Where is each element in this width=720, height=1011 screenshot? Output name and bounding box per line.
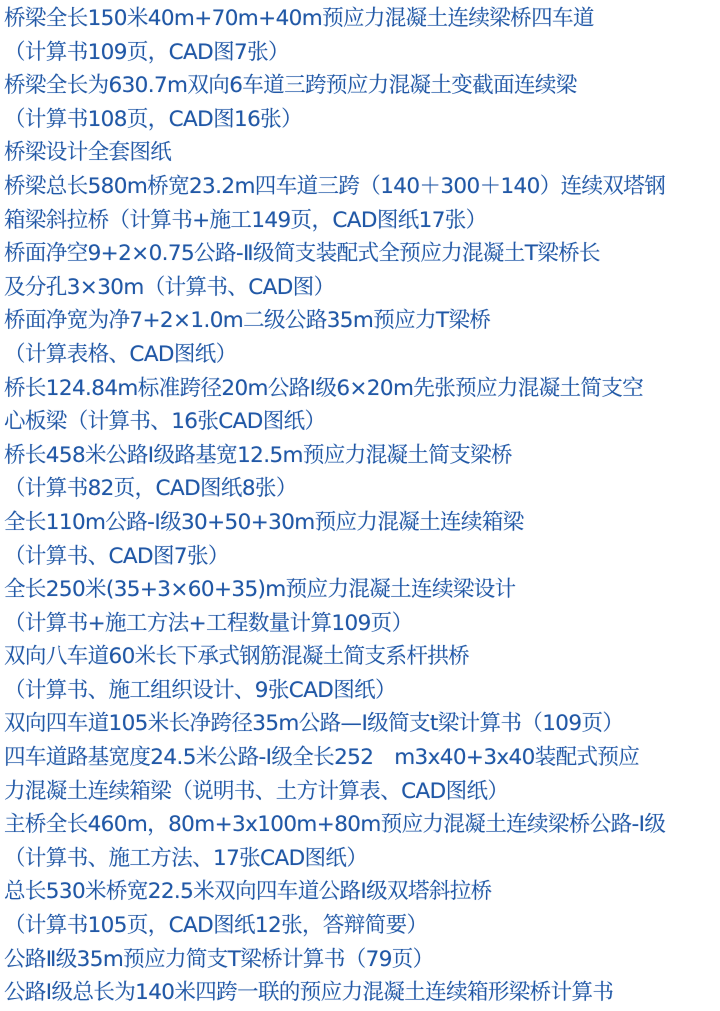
list-line: 桥面净宽为净7+2×1.0m二级公路35m预应力T梁桥 (4, 304, 720, 338)
list-line: 总长530米桥宽22.5米双向四车道公路I级双塔斜拉桥 (4, 875, 720, 909)
list-line: （计算表格、CAD图纸） (4, 338, 720, 372)
list-line: 及分孔3×30m（计算书、CAD图） (4, 271, 720, 305)
list-line: 心板梁（计算书、16张CAD图纸） (4, 405, 720, 439)
list-line: 力混凝土连续箱梁（说明书、土方计算表、CAD图纸） (4, 775, 720, 809)
list-line: （计算书、施工方法、17张CAD图纸） (4, 842, 720, 876)
list-line: 公路Ⅱ级35m预应力简支T梁桥计算书（79页） (4, 943, 720, 977)
list-line: 双向四车道105米长净跨径35m公路—Ⅰ级简支t梁计算书（109页） (4, 707, 720, 741)
list-line: （计算书108页，CAD图16张） (4, 103, 720, 137)
list-line: （计算书、施工组织设计、9张CAD图纸） (4, 674, 720, 708)
list-line: 桥梁总长580m桥宽23.2m四车道三跨（140＋300＋140）连续双塔钢 (4, 170, 720, 204)
list-line: 桥梁全长150米40m+70m+40m预应力混凝土连续梁桥四车道 (4, 2, 720, 36)
list-line: 全长250米(35+3×60+35)m预应力混凝土连续梁设计 (4, 573, 720, 607)
list-line: 双向八车道60米长下承式钢筋混凝土简支系杆拱桥 (4, 640, 720, 674)
list-line: 公路I级总长为140米四跨一联的预应力混凝土连续箱形梁桥计算书 (4, 976, 720, 1010)
list-line: 全长110m公路-Ⅰ级30+50+30m预应力混凝土连续箱梁 (4, 506, 720, 540)
list-line: 桥面净空9+2×0.75公路-Ⅱ级简支装配式全预应力混凝土T梁桥长 (4, 237, 720, 271)
list-line: （计算书、CAD图7张） (4, 540, 720, 574)
list-line: （计算书105页，CAD图纸12张，答辩简要） (4, 909, 720, 943)
list-line: （计算书+施工方法+工程数量计算109页） (4, 607, 720, 641)
list-line: （计算书109页，CAD图7张） (4, 36, 720, 70)
bridge-design-list: 桥梁全长150米40m+70m+40m预应力混凝土连续梁桥四车道 （计算书109… (4, 2, 720, 1010)
list-line: （计算书82页，CAD图纸8张） (4, 472, 720, 506)
list-line: 桥梁全长为630.7m双向6车道三跨预应力混凝土变截面连续梁 (4, 69, 720, 103)
list-line: 箱梁斜拉桥（计算书+施工149页，CAD图纸17张） (4, 204, 720, 238)
list-line: 四车道路基宽度24.5米公路-Ⅰ级全长252 m3x40+3x40装配式预应 (4, 741, 720, 775)
list-line: 主桥全长460m，80m+3x100m+80m预应力混凝土连续梁桥公路-Ⅰ级 (4, 808, 720, 842)
list-line: 桥长458米公路Ⅰ级路基宽12.5m预应力混凝土简支梁桥 (4, 439, 720, 473)
list-line: 桥长124.84m标准跨径20m公路I级6×20m先张预应力混凝土简支空 (4, 372, 720, 406)
list-line: 桥梁设计全套图纸 (4, 136, 720, 170)
